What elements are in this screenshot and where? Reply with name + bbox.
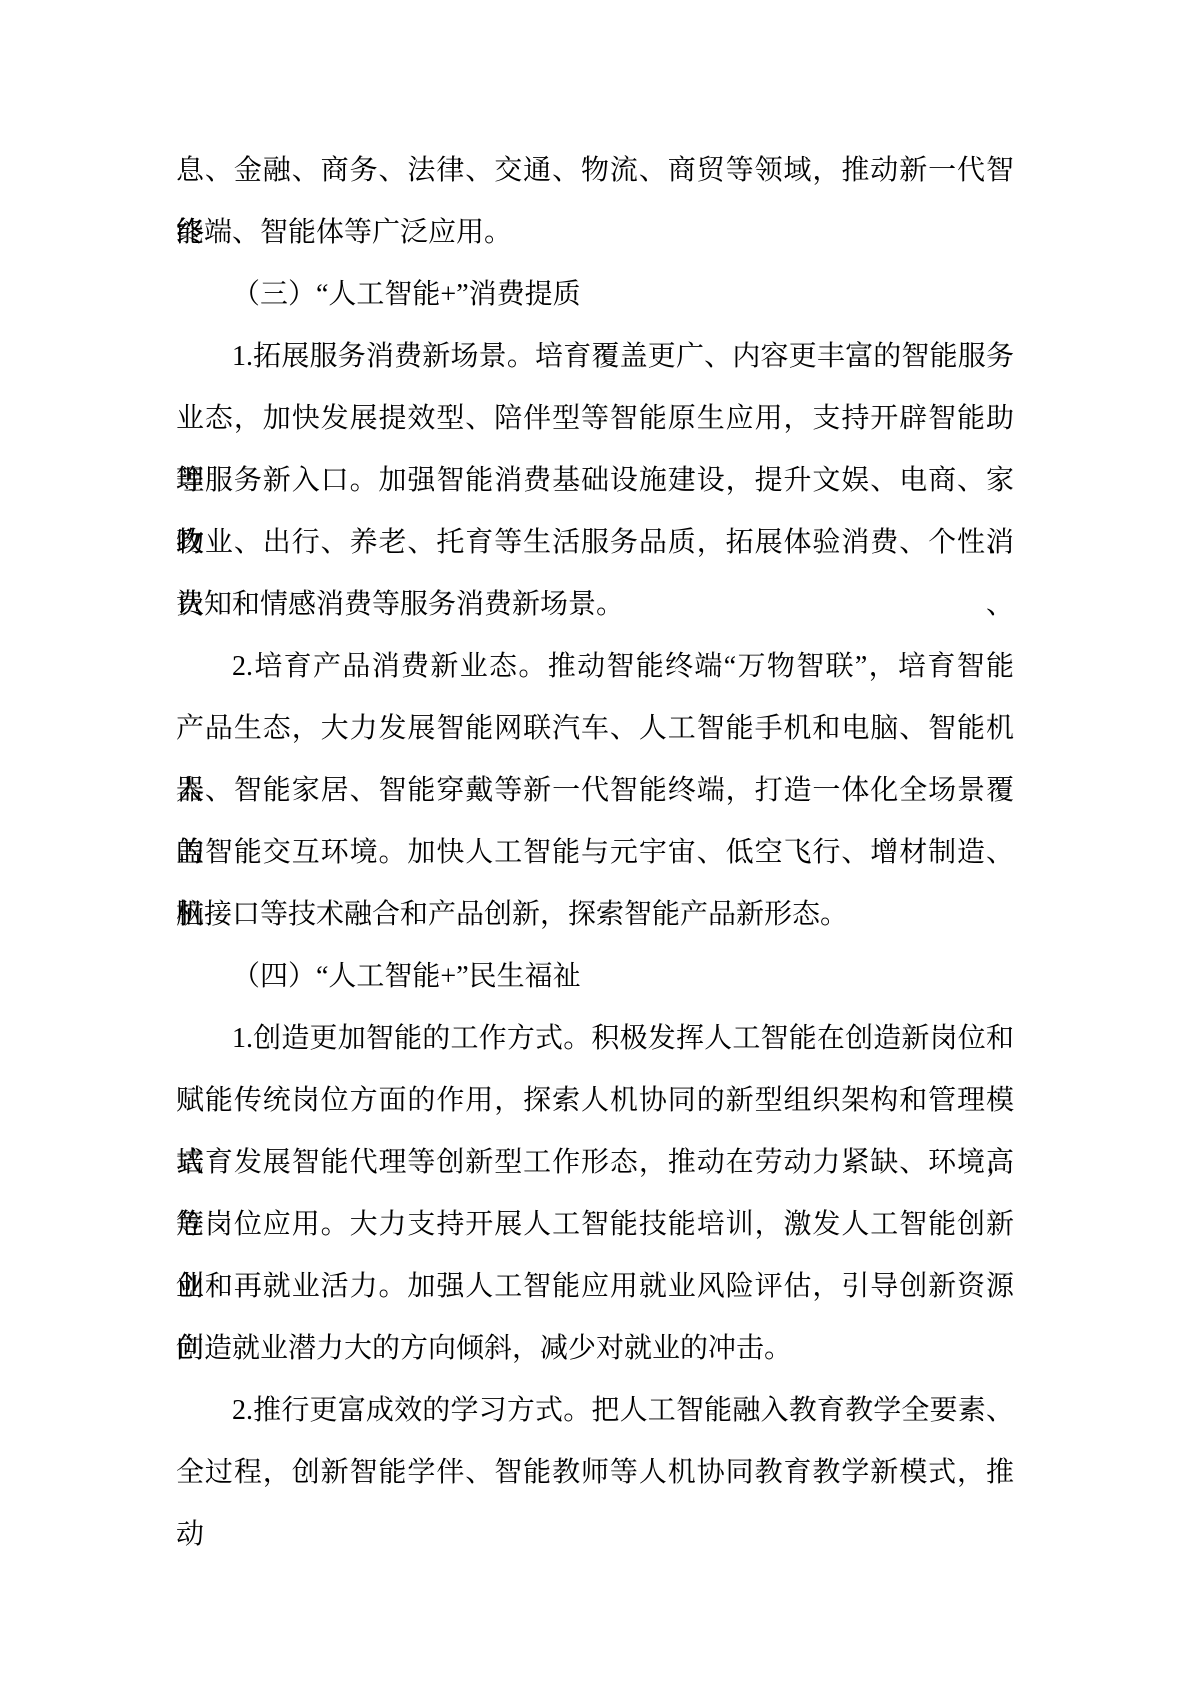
body-line: 产品生态，大力发展智能网联汽车、人工智能手机和电脑、智能机器 [176,698,1014,760]
body-line-item2-start: 2.培育产品消费新业态。推动智能终端“万物智联”，培育智能 [176,636,1014,698]
body-line: 赋能传统岗位方面的作用，探索人机协同的新型组织架构和管理模式， [176,1070,1014,1132]
body-line: 业和再就业活力。加强人工智能应用就业风险评估，引导创新资源向 [176,1256,1014,1318]
body-line: 等服务新入口。加强智能消费基础设施建设，提升文娱、电商、家政、 [176,450,1014,512]
body-line: 的智能交互环境。加快人工智能与元宇宙、低空飞行、增材制造、脑 [176,822,1014,884]
body-line-item1-start: 1.创造更加智能的工作方式。积极发挥人工智能在创造新岗位和 [176,1008,1014,1070]
body-line-paragraph-end: 机接口等技术融合和产品创新，探索智能产品新形态。 [176,884,1014,946]
body-line-paragraph-end: 创造就业潜力大的方向倾斜，减少对就业的冲击。 [176,1318,1014,1380]
body-line: 全过程，创新智能学伴、智能教师等人机协同教育教学新模式，推动 [176,1442,1014,1504]
section-heading-3: （三）“人工智能+”消费提质 [176,264,1014,326]
body-line: 等岗位应用。大力支持开展人工智能技能培训，激发人工智能创新创 [176,1194,1014,1256]
body-line: 物业、出行、养老、托育等生活服务品质，拓展体验消费、个性消费、 [176,512,1014,574]
body-line-continuation: 息、金融、商务、法律、交通、物流、商贸等领域，推动新一代智能 [176,140,1014,202]
body-line-item2-start: 2.推行更富成效的学习方式。把人工智能融入教育教学全要素、 [176,1380,1014,1442]
body-line-item1-start: 1.拓展服务消费新场景。培育覆盖更广、内容更丰富的智能服务 [176,326,1014,388]
body-line: 培育发展智能代理等创新型工作形态，推动在劳动力紧缺、环境高危 [176,1132,1014,1194]
document-page: 息、金融、商务、法律、交通、物流、商贸等领域，推动新一代智能 终端、智能体等广泛… [0,0,1191,1684]
body-line-paragraph-end: 终端、智能体等广泛应用。 [176,202,1014,264]
body-line: 业态，加快发展提效型、陪伴型等智能原生应用，支持开辟智能助理 [176,388,1014,450]
body-line: 人、智能家居、智能穿戴等新一代智能终端，打造一体化全场景覆盖 [176,760,1014,822]
document-body: 息、金融、商务、法律、交通、物流、商贸等领域，推动新一代智能 终端、智能体等广泛… [176,140,1014,1504]
section-heading-4: （四）“人工智能+”民生福祉 [176,946,1014,1008]
